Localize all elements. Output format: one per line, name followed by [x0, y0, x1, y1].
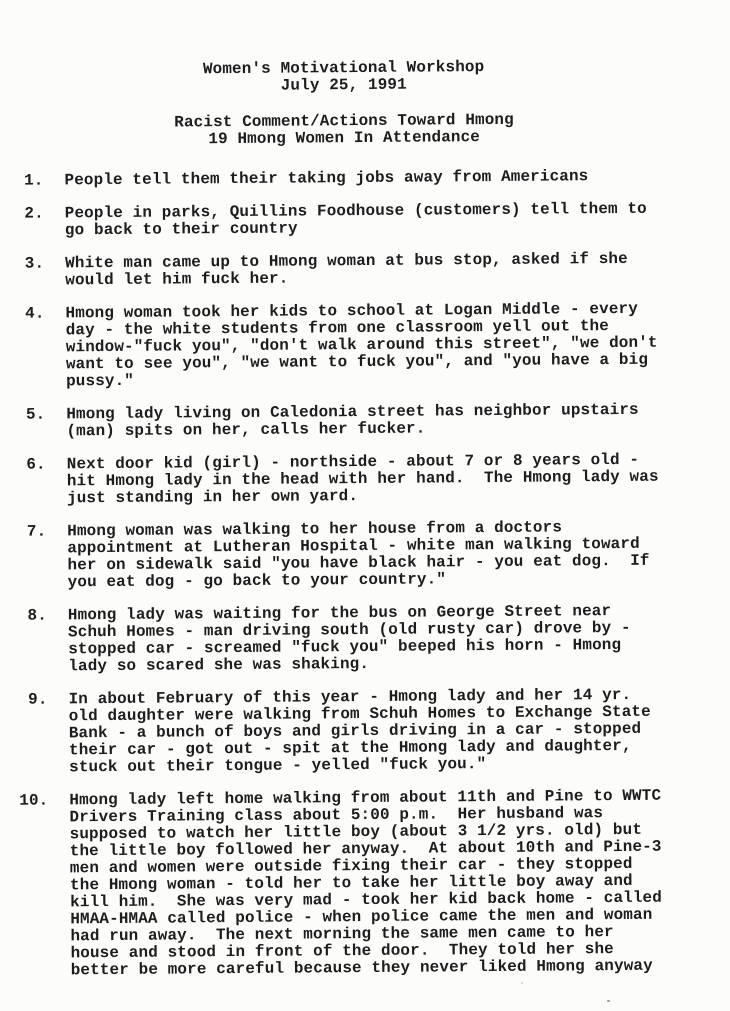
- list-item: 2. People in parks, Quillins Foodhouse (…: [0, 200, 728, 240]
- scanned-document-page: Women's Motivational Workshop July 25, 1…: [0, 0, 730, 1011]
- item-text: Hmong lady left home walking from about …: [69, 788, 662, 980]
- item-text: Hmong lady was waiting for the bus on Ge…: [68, 603, 631, 675]
- list-item: 10. Hmong lady left home walking from ab…: [2, 787, 730, 980]
- list-item: 1. People tell them their taking jobs aw…: [0, 167, 728, 190]
- list-item: 8. Hmong lady was waiting for the bus on…: [1, 602, 730, 676]
- item-text: White man came up to Hmong woman at bus …: [65, 251, 628, 289]
- item-number: 1.: [0, 173, 44, 190]
- item-number: 5.: [0, 407, 46, 441]
- document-content: Women's Motivational Workshop July 25, 1…: [0, 0, 730, 1011]
- list-item: 3. White man came up to Hmong woman at b…: [0, 250, 728, 290]
- item-text: People tell them their taking jobs away …: [64, 168, 588, 189]
- item-number: 2.: [0, 206, 44, 240]
- scan-speck: [521, 982, 523, 984]
- item-text: People in parks, Quillins Foodhouse (cus…: [65, 201, 647, 240]
- scan-speck: [607, 1000, 610, 1002]
- item-number: 6.: [0, 457, 46, 508]
- document-header: Women's Motivational Workshop July 25, 1…: [0, 0, 691, 150]
- item-text: Hmong woman took her kids to school at L…: [65, 301, 657, 391]
- incident-list: 1. People tell them their taking jobs aw…: [0, 167, 730, 980]
- list-item: 7. Hmong woman was walking to her house …: [0, 518, 730, 592]
- item-number: 3.: [0, 256, 44, 290]
- item-number: 7.: [0, 524, 47, 592]
- item-text: Next door kid (girl) - northside - about…: [67, 452, 659, 508]
- item-text: Hmong lady living on Caledonia street ha…: [66, 402, 639, 440]
- item-number: 9.: [1, 691, 48, 776]
- item-number: 8.: [1, 608, 48, 676]
- list-item: 4. Hmong woman took her kids to school a…: [0, 300, 729, 391]
- list-item: 5. Hmong lady living on Caledonia street…: [0, 401, 730, 441]
- list-item: 9. In about February of this year - Hmon…: [1, 686, 730, 777]
- item-number: 10.: [2, 792, 49, 979]
- item-number: 4.: [0, 306, 45, 391]
- item-text: In about February of this year - Hmong l…: [68, 687, 651, 777]
- list-item: 6. Next door kid (girl) - northside - ab…: [0, 451, 730, 508]
- item-text: Hmong woman was walking to her house fro…: [67, 519, 650, 592]
